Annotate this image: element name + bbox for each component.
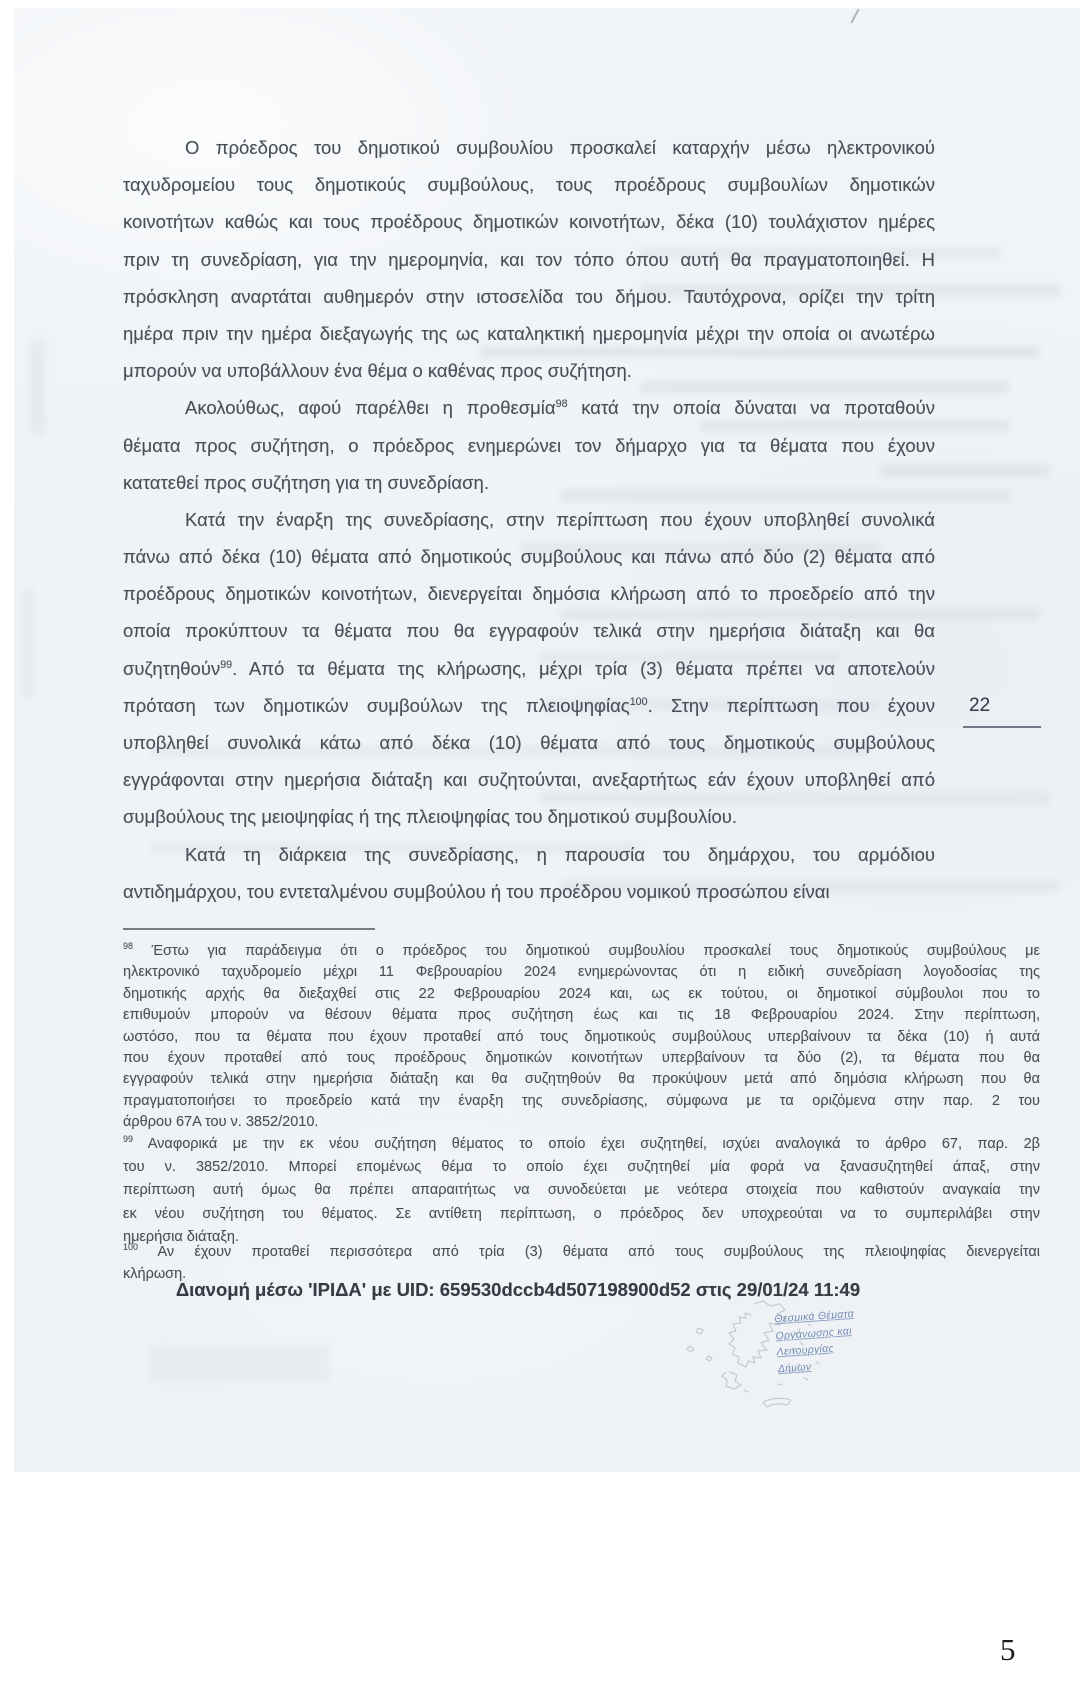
margin-note: 22 <box>963 694 1041 728</box>
text-line: ταχυδρομείου τους δημοτικούς συμβούλους,… <box>123 166 935 203</box>
text-run: ταχυδρομείου τους δημοτικούς συμβούλους,… <box>123 174 935 195</box>
text-run: Αν έχουν προταθεί περισσότερα από τρία (… <box>138 1244 1040 1260</box>
text-line: 100 Αν έχουν προταθεί περισσότερα από τρ… <box>123 1241 1040 1263</box>
text-run: ηλεκτρονικό ταχυδρομείο μέχρι 11 Φεβρουα… <box>123 964 1040 980</box>
text-line: Ο πρόεδρος του δημοτικού συμβουλίου προσ… <box>123 129 935 166</box>
text-line: πρόταση των δημοτικών συμβούλων της πλει… <box>123 687 935 724</box>
text-run: εκ νέου συζήτηση του θέματος. Σε αντίθετ… <box>123 1206 1040 1222</box>
text-line: 99 Αναφορικά με την εκ νέου συζήτηση θέμ… <box>123 1133 1040 1156</box>
paragraph: 98 Έστω για παράδειγμα ότι ο πρόεδρος το… <box>123 941 1040 1134</box>
text-run: θέματα προς συζήτηση, ο πρόεδρος ενημερώ… <box>123 435 935 456</box>
text-line: περίπτωση αυτή όμως θα πρέπει απαραιτήτω… <box>123 1179 1040 1202</box>
text-line: συμβούλους της μειοψηφίας ή της πλειοψηφ… <box>123 798 935 835</box>
text-run: . Από τα θέματα της κλήρωσης, μέχρι τρία… <box>232 658 935 679</box>
text-line: υποβληθεί συνολικά κάτω από δέκα (10) θέ… <box>123 724 935 761</box>
text-run: πραγματοποιήσει το προεδρείο κατά την έν… <box>123 1093 1040 1109</box>
text-run: ωστόσο, που τα θέματα που έχουν προταθεί… <box>123 1029 1040 1045</box>
paragraph: Κατά τη διάρκεια της συνεδρίασης, η παρο… <box>123 836 935 910</box>
text-run: δημοτικής αρχής θα διεξαχθεί στις 22 Φεβ… <box>123 986 1040 1002</box>
footnote-99: 99 Αναφορικά με την εκ νέου συζήτηση θέμ… <box>123 1133 1040 1249</box>
text-run: Αναφορικά με την εκ νέου συζήτηση θέματο… <box>133 1136 1040 1152</box>
text-run: πρόσκληση αναρτάται αυθημερόν στην ιστοσ… <box>123 286 935 307</box>
text-run: μπορούν να υποβάλλουν ένα θέμα ο καθένας… <box>123 360 632 381</box>
text-run: κατατεθεί προς συζήτηση για τη συνεδρίασ… <box>123 472 489 493</box>
margin-note-value: 22 <box>969 695 990 716</box>
paragraph: Ακολούθως, αφού παρέλθει η προθεσμία98 κ… <box>123 389 935 501</box>
text-line: θέματα προς συζήτηση, ο πρόεδρος ενημερώ… <box>123 427 935 464</box>
footnote-separator <box>123 928 375 930</box>
footnote-ref: 100 <box>123 1242 138 1252</box>
text-run: . Στην περίπτωση που έχουν <box>648 695 935 716</box>
text-run: αντιδημάρχου, του εντεταλμένου συμβούλου… <box>123 881 830 902</box>
text-run: ημέρα πριν την ημέρα διεξαγωγής της ως κ… <box>123 323 935 344</box>
text-line: κοινοτήτων καθώς και τους προέδρους δημο… <box>123 203 935 240</box>
footnote-98: 98 Έστω για παράδειγμα ότι ο πρόεδρος το… <box>123 941 1040 1134</box>
text-line: εγγράφονται στην ημερήσια διάταξη και συ… <box>123 761 935 798</box>
text-line: πραγματοποιήσει το προεδρείο κατά την έν… <box>123 1091 1040 1112</box>
text-line: προέδρους δημοτικών κοινοτήτων, διενεργε… <box>123 575 935 612</box>
text-run: Ακολούθως, αφού παρέλθει η προθεσμία <box>185 397 556 418</box>
footnote-ref: 99 <box>123 1134 133 1144</box>
text-run: οποία προκύπτουν τα θέματα που θα εγγραφ… <box>123 620 935 641</box>
text-line: εκ νέου συζήτηση του θέματος. Σε αντίθετ… <box>123 1203 1040 1226</box>
text-run: επιθυμούν μπορούν να θέσουν θέματα προς … <box>123 1007 1040 1023</box>
text-line: πρόσκληση αναρτάται αυθημερόν στην ιστοσ… <box>123 278 935 315</box>
text-line: πριν τη συνεδρίαση, για την ημερομηνία, … <box>123 241 935 278</box>
bleed-through-mark <box>22 588 35 698</box>
paragraph: Ο πρόεδρος του δημοτικού συμβουλίου προσ… <box>123 129 935 389</box>
text-run: περίπτωση αυτή όμως θα πρέπει απαραιτήτω… <box>123 1182 1040 1198</box>
stamp: Θεσμικά Θέματα Οργάνωσης και Λειτουργίας… <box>668 1298 873 1416</box>
text-run: συμβούλους της μειοψηφίας ή της πλειοψηφ… <box>123 806 737 827</box>
text-line: αντιδημάρχου, του εντεταλμένου συμβούλου… <box>123 873 935 910</box>
footnote-ref: 98 <box>123 941 133 951</box>
text-line: επιθυμούν μπορούν να θέσουν θέματα προς … <box>123 1005 1040 1026</box>
text-line: ηλεκτρονικό ταχυδρομείο μέχρι 11 Φεβρουα… <box>123 962 1040 983</box>
text-run: συζητηθούν <box>123 658 220 679</box>
text-run: Έστω για παράδειγμα ότι ο πρόεδρος του δ… <box>133 943 1040 959</box>
stamp-text: Θεσμικά Θέματα Οργάνωσης και Λειτουργίας… <box>774 1305 874 1378</box>
page-number: 5 <box>1000 1632 1016 1668</box>
text-run: Κατά τη διάρκεια της συνεδρίασης, η παρο… <box>185 844 935 865</box>
text-line: Κατά τη διάρκεια της συνεδρίασης, η παρο… <box>123 836 935 873</box>
text-run: εγγράφονται στην ημερήσια διάταξη και συ… <box>123 769 935 790</box>
paragraph: 99 Αναφορικά με την εκ νέου συζήτηση θέμ… <box>123 1133 1040 1249</box>
text-line: μπορούν να υποβάλλουν ένα θέμα ο καθένας… <box>123 352 935 389</box>
text-line: Κατά την έναρξη της συνεδρίασης, στην πε… <box>123 501 935 538</box>
text-line: ωστόσο, που τα θέματα που έχουν προταθεί… <box>123 1027 1040 1048</box>
text-run: Ο πρόεδρος του δημοτικού συμβουλίου προσ… <box>185 137 935 158</box>
text-run: εγγραφούν τελικά στην ημερήσια διάταξη κ… <box>123 1071 1040 1087</box>
text-line: του ν. 3852/2010. Μπορεί επομένως θέμα τ… <box>123 1156 1040 1179</box>
text-line: ημέρα πριν την ημέρα διεξαγωγής της ως κ… <box>123 315 935 352</box>
text-run: πάνω από δέκα (10) θέματα από δημοτικούς… <box>123 546 935 567</box>
footnote-ref: 99 <box>220 658 232 670</box>
text-run: του ν. 3852/2010. Μπορεί επομένως θέμα τ… <box>123 1159 1040 1175</box>
bleed-through-mark <box>30 340 46 435</box>
text-line: 98 Έστω για παράδειγμα ότι ο πρόεδρος το… <box>123 941 1040 962</box>
body-text: Ο πρόεδρος του δημοτικού συμβουλίου προσ… <box>123 129 935 910</box>
text-line: που έχουν προταθεί από τους προέδρους δη… <box>123 1048 1040 1069</box>
text-run: προέδρους δημοτικών κοινοτήτων, διενεργε… <box>123 583 935 604</box>
paragraph: Κατά την έναρξη της συνεδρίασης, στην πε… <box>123 501 935 836</box>
text-run: που έχουν προταθεί από τους προέδρους δη… <box>123 1050 1040 1066</box>
text-run: άρθρου 67Α του ν. 3852/2010. <box>123 1114 318 1130</box>
bleed-through-mark <box>150 1345 330 1383</box>
footnote-ref: 98 <box>556 398 568 410</box>
text-run: πριν τη συνεδρίαση, για την ημερομηνία, … <box>123 249 935 270</box>
text-line: συζητηθούν99. Από τα θέματα της κλήρωσης… <box>123 650 935 687</box>
text-run: Κατά την έναρξη της συνεδρίασης, στην πε… <box>185 509 935 530</box>
text-line: εγγραφούν τελικά στην ημερήσια διάταξη κ… <box>123 1069 1040 1090</box>
footnote-ref: 100 <box>630 696 648 708</box>
text-line: δημοτικής αρχής θα διεξαχθεί στις 22 Φεβ… <box>123 984 1040 1005</box>
text-run: πρόταση των δημοτικών συμβούλων της πλει… <box>123 695 630 716</box>
text-run: κοινοτήτων καθώς και τους προέδρους δημο… <box>123 211 935 232</box>
text-run: κατά την οποία δύναται να προταθούν <box>568 397 935 418</box>
text-run: υποβληθεί συνολικά κάτω από δέκα (10) θέ… <box>123 732 935 753</box>
text-line: πάνω από δέκα (10) θέματα από δημοτικούς… <box>123 538 935 575</box>
text-line: Ακολούθως, αφού παρέλθει η προθεσμία98 κ… <box>123 389 935 426</box>
text-line: άρθρου 67Α του ν. 3852/2010. <box>123 1112 1040 1133</box>
text-line: οποία προκύπτουν τα θέματα που θα εγγραφ… <box>123 612 935 649</box>
text-line: κατατεθεί προς συζήτηση για τη συνεδρίασ… <box>123 464 935 501</box>
